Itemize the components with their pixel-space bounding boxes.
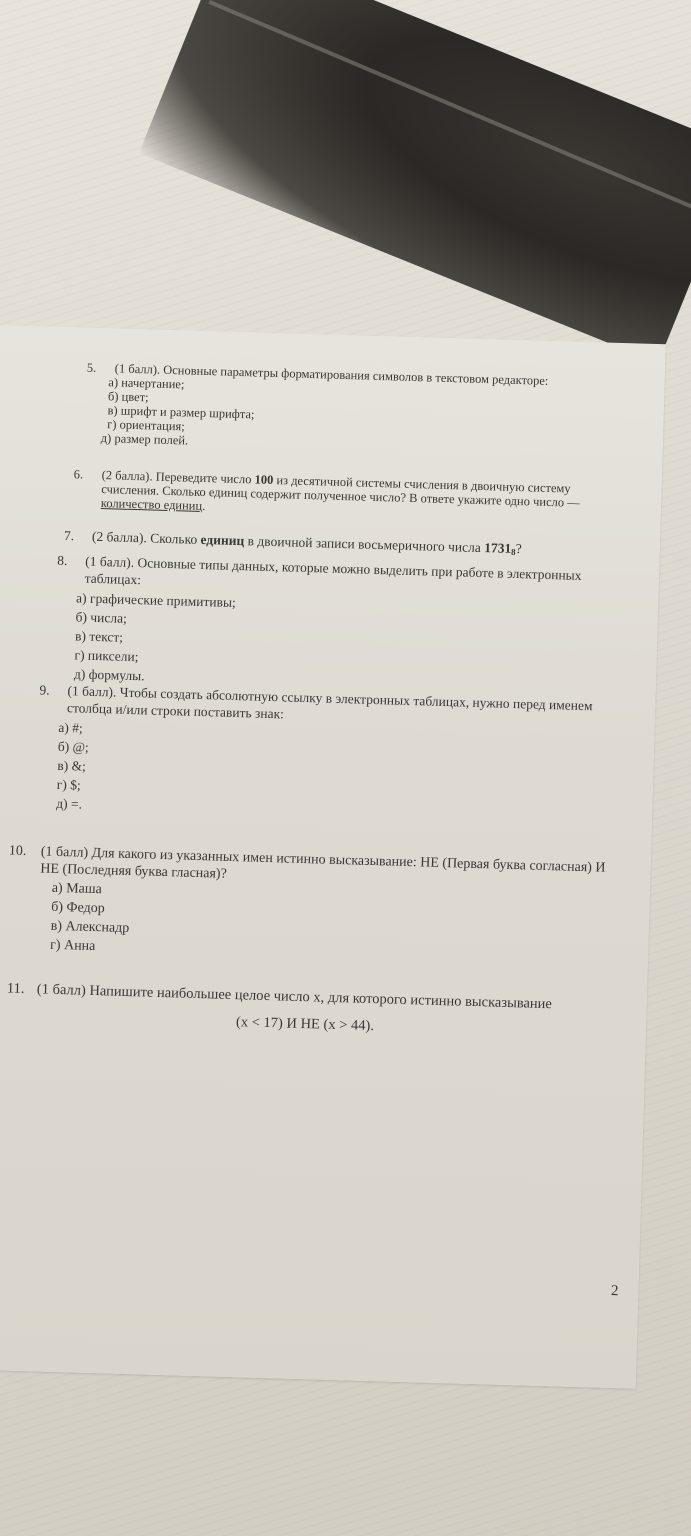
question-6: 6. (2 балла). Переведите число 100 из де… bbox=[101, 468, 612, 525]
logic-expression: (x < 17) И НЕ (x > 44). bbox=[36, 1008, 636, 1042]
question-end: ? bbox=[516, 541, 522, 556]
question-9: 9. (1 балл). Чтобы создать абсолютную сс… bbox=[64, 682, 628, 829]
number-value: 100 bbox=[254, 472, 273, 487]
question-points: (1 балл). bbox=[67, 683, 116, 699]
question-text-cont: в двоичной записи восьмеричного числа bbox=[244, 533, 484, 555]
question-points: (2 балла). bbox=[102, 468, 153, 483]
question-number: 7. bbox=[64, 527, 75, 544]
question-text: Сколько bbox=[150, 530, 201, 546]
question-number: 8. bbox=[57, 552, 68, 569]
question-number: 6. bbox=[74, 467, 84, 481]
question-points: (1 балл). bbox=[115, 361, 161, 376]
octal-number: 1731 bbox=[484, 540, 511, 556]
question-5: 5. (1 балл). Основные параметры форматир… bbox=[113, 361, 549, 457]
underlined-phrase: количество единиц bbox=[101, 496, 203, 513]
question-text: Для какого из указанных имен истинно выс… bbox=[40, 846, 606, 882]
question-points: (1 балл) bbox=[41, 844, 89, 860]
bold-word: единиц bbox=[200, 532, 244, 548]
question-text: Напишите наибольшее целое число x, для к… bbox=[89, 983, 552, 1012]
page-number: 2 bbox=[611, 1283, 619, 1300]
question-number: 9. bbox=[39, 681, 50, 698]
question-number: 10. bbox=[9, 843, 27, 860]
question-number: 11. bbox=[7, 981, 25, 998]
question-11: 11. (1 балл) Напишите наибольшее целое ч… bbox=[36, 981, 637, 1042]
question-points: (2 балла). bbox=[92, 529, 147, 546]
question-end: . bbox=[202, 499, 206, 513]
question-10: 10. (1 балл) Для какого из указанных име… bbox=[38, 843, 621, 971]
exam-page: 5. (1 балл). Основные параметры форматир… bbox=[0, 325, 666, 1389]
question-number: 5. bbox=[87, 361, 97, 375]
question-8: 8. (1 балл). Основные типы данных, котор… bbox=[82, 553, 631, 700]
question-points: (1 балл). bbox=[85, 554, 134, 570]
question-points: (1 балл) bbox=[37, 981, 86, 998]
